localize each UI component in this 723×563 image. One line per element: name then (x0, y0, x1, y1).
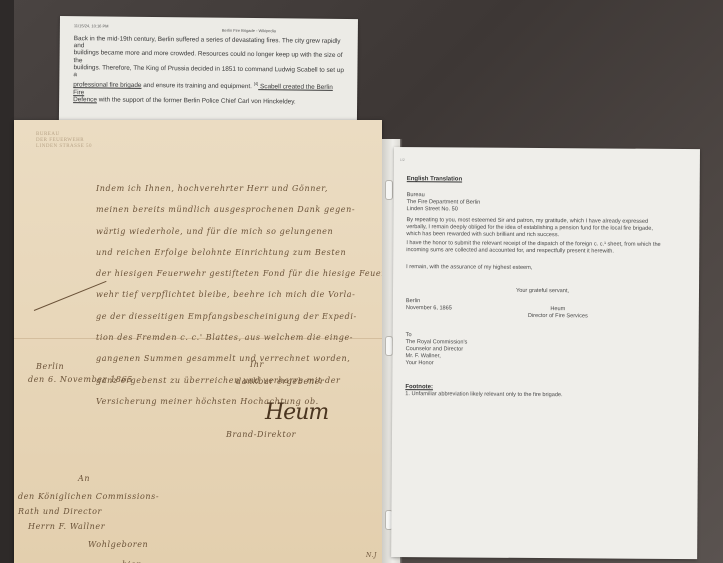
printout-text: and ensure its training and equipment. (141, 82, 252, 90)
addressee-line: Rath und Director (18, 507, 102, 516)
handwritten-line: Versicherung meiner höchsten Hochachtung… (96, 391, 389, 412)
handwritten-line: tion des Fremden c. c.' Blattes, aus wel… (96, 327, 389, 348)
printout-body: Back in the mid-19th century, Berlin suf… (73, 35, 346, 106)
page-number: 1/2 (400, 157, 405, 164)
punch-hole (385, 180, 393, 200)
signature-title: Brand-Direktor (226, 430, 296, 439)
handwritten-place: Berlin (36, 362, 64, 371)
addressee-line: An (78, 474, 90, 483)
letterhead-line: LINDEN STRASSE 50 (36, 144, 92, 150)
print-date: 11/15/24, 10:16 PM (74, 23, 109, 28)
place-date: Berlin November 6, 1865 (406, 298, 452, 312)
footnote-item: 1. Unfamiliar abbreviation likely releva… (405, 391, 562, 399)
handwritten-line: und reichen Erfolge belohnte Einrichtung… (96, 242, 389, 263)
sender-address: Bureau The Fire Department of Berlin Lin… (407, 192, 481, 214)
handwritten-line: wärtig wiederhole, und für die mich so g… (96, 221, 389, 242)
table-edge (0, 0, 14, 563)
handwritten-line: gangenen Summen gesammelt und verrechnet… (96, 348, 389, 369)
printout-text: with the support of the former Berlin Po… (97, 96, 296, 105)
recipient-line: Your Honor (405, 360, 467, 367)
translation-title: English Translation (407, 176, 462, 183)
link-defence[interactable]: Defence (73, 96, 97, 103)
handwritten-closing: dankbar ergebener (236, 377, 324, 386)
closing: Your grateful servant, (516, 288, 569, 295)
corner-mark: N.J (366, 552, 377, 559)
date: November 6, 1865 (406, 305, 452, 312)
address-line: Linden Street No. 50 (407, 206, 481, 214)
signer: Heum Director of Fire Services (513, 306, 603, 321)
signature: Heum (265, 400, 328, 425)
letterhead-stamp: BUREAU DER FEUERWEHR LINDEN STRASSE 50 (36, 132, 92, 150)
print-title: Berlin Fire Brigade - Wikipedia (222, 28, 276, 34)
handwritten-line: Indem ich Ihnen, hochverehrter Herr und … (96, 178, 389, 199)
wikipedia-printout: 11/15/24, 10:16 PM Berlin Fire Brigade -… (59, 16, 358, 137)
signer-title: Director of Fire Services (513, 313, 603, 321)
paragraph-1: By repeating to you, most esteemed Sir a… (406, 217, 661, 240)
original-letter: BUREAU DER FEUERWEHR LINDEN STRASSE 50 I… (14, 120, 382, 563)
handwritten-line: ge der diesseitigen Empfangsbescheinigun… (96, 306, 389, 327)
addressee-line: Herrn F. Wallner (28, 522, 105, 531)
handwritten-line: meinen bereits mündlich ausgesprochenen … (96, 199, 389, 220)
paragraph-2: I have the honor to submit the relevant … (406, 240, 661, 256)
recipient: To The Royal Commission's Counselor and … (405, 332, 467, 367)
paragraph-3: I remain, with the assurance of my highe… (406, 264, 661, 273)
handwritten-closing: Ihr (250, 360, 264, 369)
handwritten-line: der hiesigen Feuerwehr gestifteten Fond … (96, 263, 389, 284)
addressee-line: Wohlgeboren (88, 540, 148, 549)
addressee-line: den Königlichen Commissions- (18, 492, 159, 501)
english-translation-sheet: 1/2 English Translation Bureau The Fire … (391, 147, 700, 559)
printout-line: Defence with the support of the former B… (73, 96, 345, 106)
handwritten-line: wehr tief verpflichtet bleibe, beehre ic… (96, 284, 389, 305)
handwritten-date: den 6. November 1865 (28, 375, 133, 384)
printout-header: 11/15/24, 10:16 PM Berlin Fire Brigade -… (74, 23, 344, 26)
